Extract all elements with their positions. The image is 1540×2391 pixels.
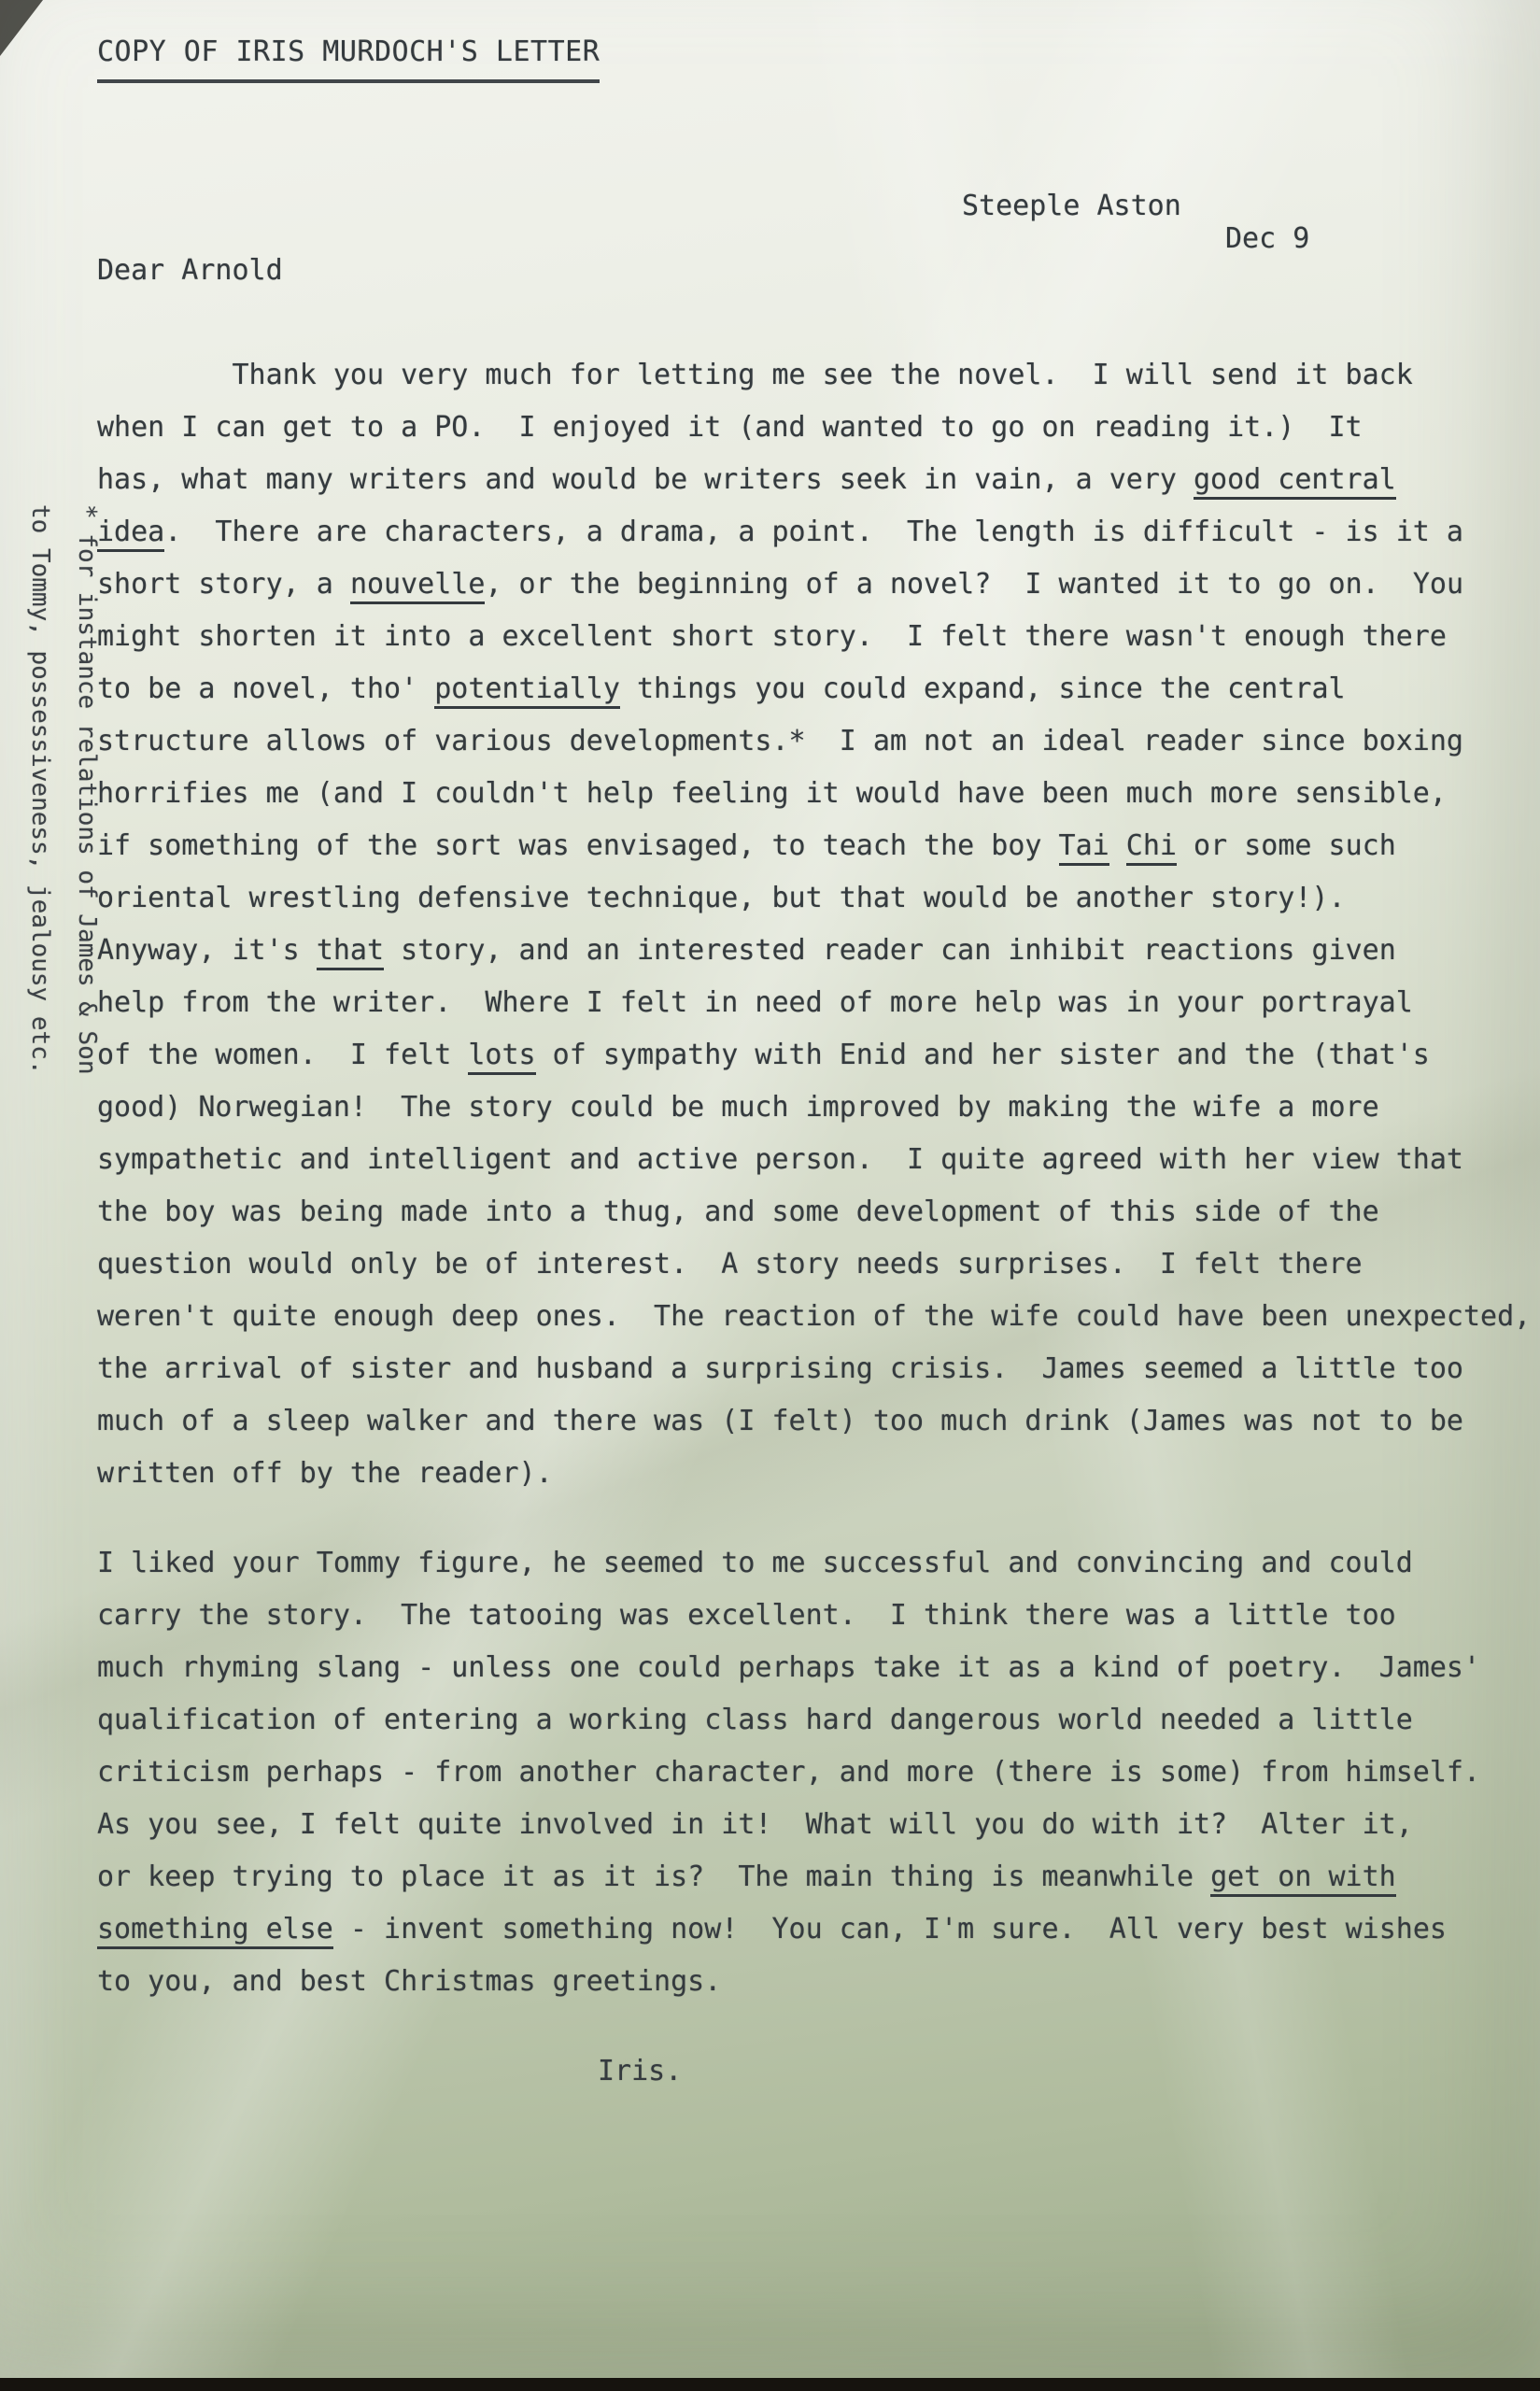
underlined-text: lots — [468, 1039, 535, 1075]
letter-text: oriental wrestling defensive technique, … — [97, 882, 1346, 914]
letter-text: when I can get to a PO. I enjoyed it (an… — [97, 411, 1363, 444]
letter-text: if something of the sort was envisaged, … — [97, 829, 1059, 862]
dateline-date: Dec 9 — [1225, 222, 1309, 255]
letter-text: of sympathy with Enid and her sister and… — [536, 1039, 1430, 1071]
letter-line: has, what many writers and would be writ… — [97, 454, 1531, 506]
photo-corner-shadow — [0, 0, 43, 56]
underlined-text: something else — [97, 1913, 333, 1949]
margin-note-line: to Tommy, possessiveness, jealousy etc. — [17, 504, 64, 1252]
paragraph: I liked your Tommy figure, he seemed to … — [97, 1537, 1480, 2008]
letter-text: or keep trying to place it as it is? The… — [97, 1860, 1210, 1893]
margin-note: * for instance relations of James & Son … — [17, 504, 110, 1252]
letter-line: structure allows of various developments… — [97, 715, 1531, 768]
letter-text: much of a sleep walker and there was (I … — [97, 1405, 1463, 1437]
letter-line: sympathetic and intelligent and active p… — [97, 1134, 1531, 1186]
letter-text: has, what many writers and would be writ… — [97, 463, 1194, 496]
letter-line: qualification of entering a working clas… — [97, 1694, 1480, 1747]
letter-line: carry the story. The tatooing was excell… — [97, 1590, 1480, 1642]
letter-line: when I can get to a PO. I enjoyed it (an… — [97, 402, 1531, 454]
underlined-text: that — [317, 934, 384, 970]
letter-text: question would only be of interest. A st… — [97, 1248, 1363, 1280]
underlined-text: nouvelle — [350, 568, 486, 604]
letter-text: structure allows of various developments… — [97, 725, 1463, 757]
letter-line: I liked your Tommy figure, he seemed to … — [97, 1537, 1480, 1590]
letter-line: much of a sleep walker and there was (I … — [97, 1395, 1531, 1448]
letter-text: short story, a — [97, 568, 350, 601]
letter-line: oriental wrestling defensive technique, … — [97, 872, 1531, 925]
letter-text: to you, and best Christmas greetings. — [97, 1965, 721, 1998]
letter-text: much rhyming slang - unless one could pe… — [97, 1651, 1480, 1684]
letter-line: Anyway, it's that story, and an interest… — [97, 925, 1531, 977]
letter-line: question would only be of interest. A st… — [97, 1238, 1531, 1291]
letter-line: help from the writer. Where I felt in ne… — [97, 977, 1531, 1029]
letter-line: something else - invent something now! Y… — [97, 1903, 1480, 1956]
letter-text: of the women. I felt — [97, 1039, 468, 1071]
letter-text: qualification of entering a working clas… — [97, 1704, 1413, 1736]
letter-line: good) Norwegian! The story could be much… — [97, 1082, 1531, 1134]
letter-text: Anyway, it's — [97, 934, 317, 967]
letter-line: short story, a nouvelle, or the beginnin… — [97, 559, 1531, 611]
letter-heading: COPY OF IRIS MURDOCH'S LETTER — [97, 34, 600, 83]
letter-line: much rhyming slang - unless one could pe… — [97, 1642, 1480, 1694]
letter-line: if something of the sort was envisaged, … — [97, 820, 1531, 872]
letter-text: to be a novel, tho' — [97, 672, 434, 705]
photo-edge — [0, 2378, 1540, 2391]
letter-text: or some such — [1177, 829, 1396, 862]
letter-text: criticism perhaps - from another charact… — [97, 1756, 1480, 1789]
letter-line: of the women. I felt lots of sympathy wi… — [97, 1029, 1531, 1082]
letter-line: Thank you very much for letting me see t… — [97, 349, 1531, 402]
letter-text: the arrival of sister and husband a surp… — [97, 1352, 1463, 1385]
letter-text: help from the writer. Where I felt in ne… — [97, 986, 1413, 1019]
underlined-text: idea — [97, 516, 164, 552]
letter-line: As you see, I felt quite involved in it!… — [97, 1799, 1480, 1851]
underlined-text: get on with — [1210, 1860, 1396, 1897]
letter-line: to be a novel, tho' potentially things y… — [97, 663, 1531, 715]
salutation: Dear Arnold — [97, 254, 283, 287]
letter-line: horrifies me (and I couldn't help feelin… — [97, 768, 1531, 820]
underlined-text: good central — [1194, 463, 1396, 500]
letter-line: to you, and best Christmas greetings. — [97, 1956, 1480, 2008]
letter-text: the boy was being made into a thug, and … — [97, 1195, 1379, 1228]
letter-text: horrifies me (and I couldn't help feelin… — [97, 777, 1447, 810]
letter-text: story, and an interested reader can inhi… — [384, 934, 1396, 967]
letter-text: Thank you very much for letting me see t… — [97, 359, 1413, 391]
underlined-text: potentially — [434, 672, 620, 709]
letter-text — [1109, 829, 1126, 862]
letter-line: weren't quite enough deep ones. The reac… — [97, 1291, 1531, 1343]
letter-line: the arrival of sister and husband a surp… — [97, 1343, 1531, 1395]
paragraph: Thank you very much for letting me see t… — [97, 349, 1531, 1500]
letter-text: things you could expand, since the centr… — [620, 672, 1346, 705]
letter-page: COPY OF IRIS MURDOCH'S LETTER Steeple As… — [0, 0, 1540, 2391]
letter-text: I liked your Tommy figure, he seemed to … — [97, 1547, 1413, 1579]
dateline-place: Steeple Aston — [962, 190, 1181, 222]
letter-line: or keep trying to place it as it is? The… — [97, 1851, 1480, 1903]
letter-line: the boy was being made into a thug, and … — [97, 1186, 1531, 1238]
letter-text: carry the story. The tatooing was excell… — [97, 1599, 1396, 1632]
letter-line: idea. There are characters, a drama, a p… — [97, 506, 1531, 559]
letter-text: written off by the reader). — [97, 1457, 553, 1490]
signature: Iris. — [598, 2055, 682, 2087]
underlined-text: Chi — [1126, 829, 1177, 866]
letter-text: , or the beginning of a novel? I wanted … — [485, 568, 1463, 601]
letter-text: good) Norwegian! The story could be much… — [97, 1091, 1379, 1124]
letter-text: As you see, I felt quite involved in it!… — [97, 1808, 1413, 1841]
letter-line: criticism perhaps - from another charact… — [97, 1747, 1480, 1799]
letter-text: - invent something now! You can, I'm sur… — [333, 1913, 1447, 1945]
letter-line: might shorten it into a excellent short … — [97, 611, 1531, 663]
letter-text: weren't quite enough deep ones. The reac… — [97, 1300, 1531, 1333]
letter-line: written off by the reader). — [97, 1448, 1531, 1500]
letter-text: . There are characters, a drama, a point… — [164, 516, 1463, 548]
letter-text: might shorten it into a excellent short … — [97, 620, 1447, 653]
letter-text: sympathetic and intelligent and active p… — [97, 1143, 1463, 1176]
underlined-text: Tai — [1059, 829, 1109, 866]
